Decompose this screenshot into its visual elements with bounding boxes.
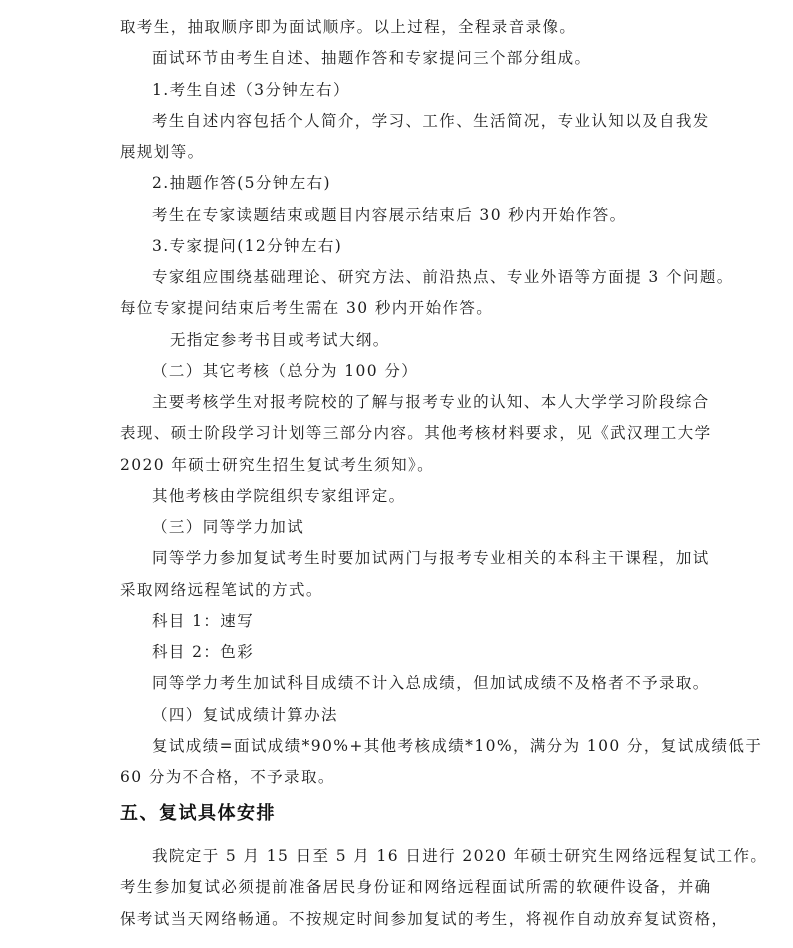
paragraph-line: 专家组应围绕基础理论、研究方法、前沿热点、专业外语等方面提 3 个问题。	[152, 267, 734, 287]
paragraph-line: 面试环节由考生自述、抽题作答和专家提问三个部分组成。	[152, 48, 591, 68]
subheading-equivalent-exam: （三）同等学力加试	[152, 517, 304, 537]
subheading-self-intro: 1.考生自述（3分钟左右）	[152, 80, 350, 100]
paragraph-line: 60 分为不合格，不予录取。	[120, 767, 335, 787]
paragraph-line: 无指定参考书目或考试大纲。	[170, 330, 390, 350]
paragraph-line: 同等学力参加复试考生时要加试两门与报考专业相关的本科主干课程，加试	[152, 548, 710, 568]
paragraph-line: 每位专家提问结束后考生需在 30 秒内开始作答。	[120, 298, 493, 318]
section-heading: 五、复试具体安排	[120, 803, 276, 825]
document-page: 取考生，抽取顺序即为面试顺序。以上过程，全程录音录像。 面试环节由考生自述、抽题…	[0, 0, 793, 948]
subject-2: 科目 2：色彩	[152, 642, 254, 662]
paragraph-line: 其他考核由学院组织专家组评定。	[152, 486, 406, 506]
subheading-score-calculation: （四）复试成绩计算办法	[152, 705, 338, 725]
paragraph-line: 展规划等。	[120, 142, 205, 162]
paragraph-line: 考生在专家读题结束或题目内容展示结束后 30 秒内开始作答。	[152, 205, 627, 225]
paragraph-line: 2020 年硕士研究生招生复试考生须知》。	[120, 455, 434, 475]
subheading-other-assessment: （二）其它考核（总分为 100 分）	[152, 361, 418, 381]
paragraph-line: 我院定于 5 月 15 日至 5 月 16 日进行 2020 年硕士研究生网络远…	[152, 846, 767, 866]
paragraph-line: 取考生，抽取顺序即为面试顺序。以上过程，全程录音录像。	[120, 17, 576, 37]
paragraph-line: 表现、硕士阶段学习计划等三部分内容。其他考核材料要求，见《武汉理工大学	[120, 423, 712, 443]
paragraph-line: 保考试当天网络畅通。不按规定时间参加复试的考生，将视作自动放弃复试资格，	[120, 909, 728, 929]
subheading-draw-question: 2.抽题作答(5分钟左右)	[152, 173, 331, 193]
subheading-expert-questions: 3.专家提问(12分钟左右)	[152, 236, 342, 256]
paragraph-line: 考生参加复试必须提前准备居民身份证和网络远程面试所需的软硬件设备，并确	[120, 877, 712, 897]
subject-1: 科目 1：速写	[152, 611, 254, 631]
paragraph-line: 采取网络远程笔试的方式。	[120, 580, 323, 600]
paragraph-line: 考生自述内容包括个人简介，学习、工作、生活简况，专业认知以及自我发	[152, 111, 710, 131]
paragraph-line: 主要考核学生对报考院校的了解与报考专业的认知、本人大学学习阶段综合	[152, 392, 710, 412]
paragraph-line: 复试成绩=面试成绩*90%+其他考核成绩*10%，满分为 100 分，复试成绩低…	[152, 736, 762, 756]
paragraph-line: 同等学力考生加试科目成绩不计入总成绩，但加试成绩不及格者不予录取。	[152, 673, 710, 693]
